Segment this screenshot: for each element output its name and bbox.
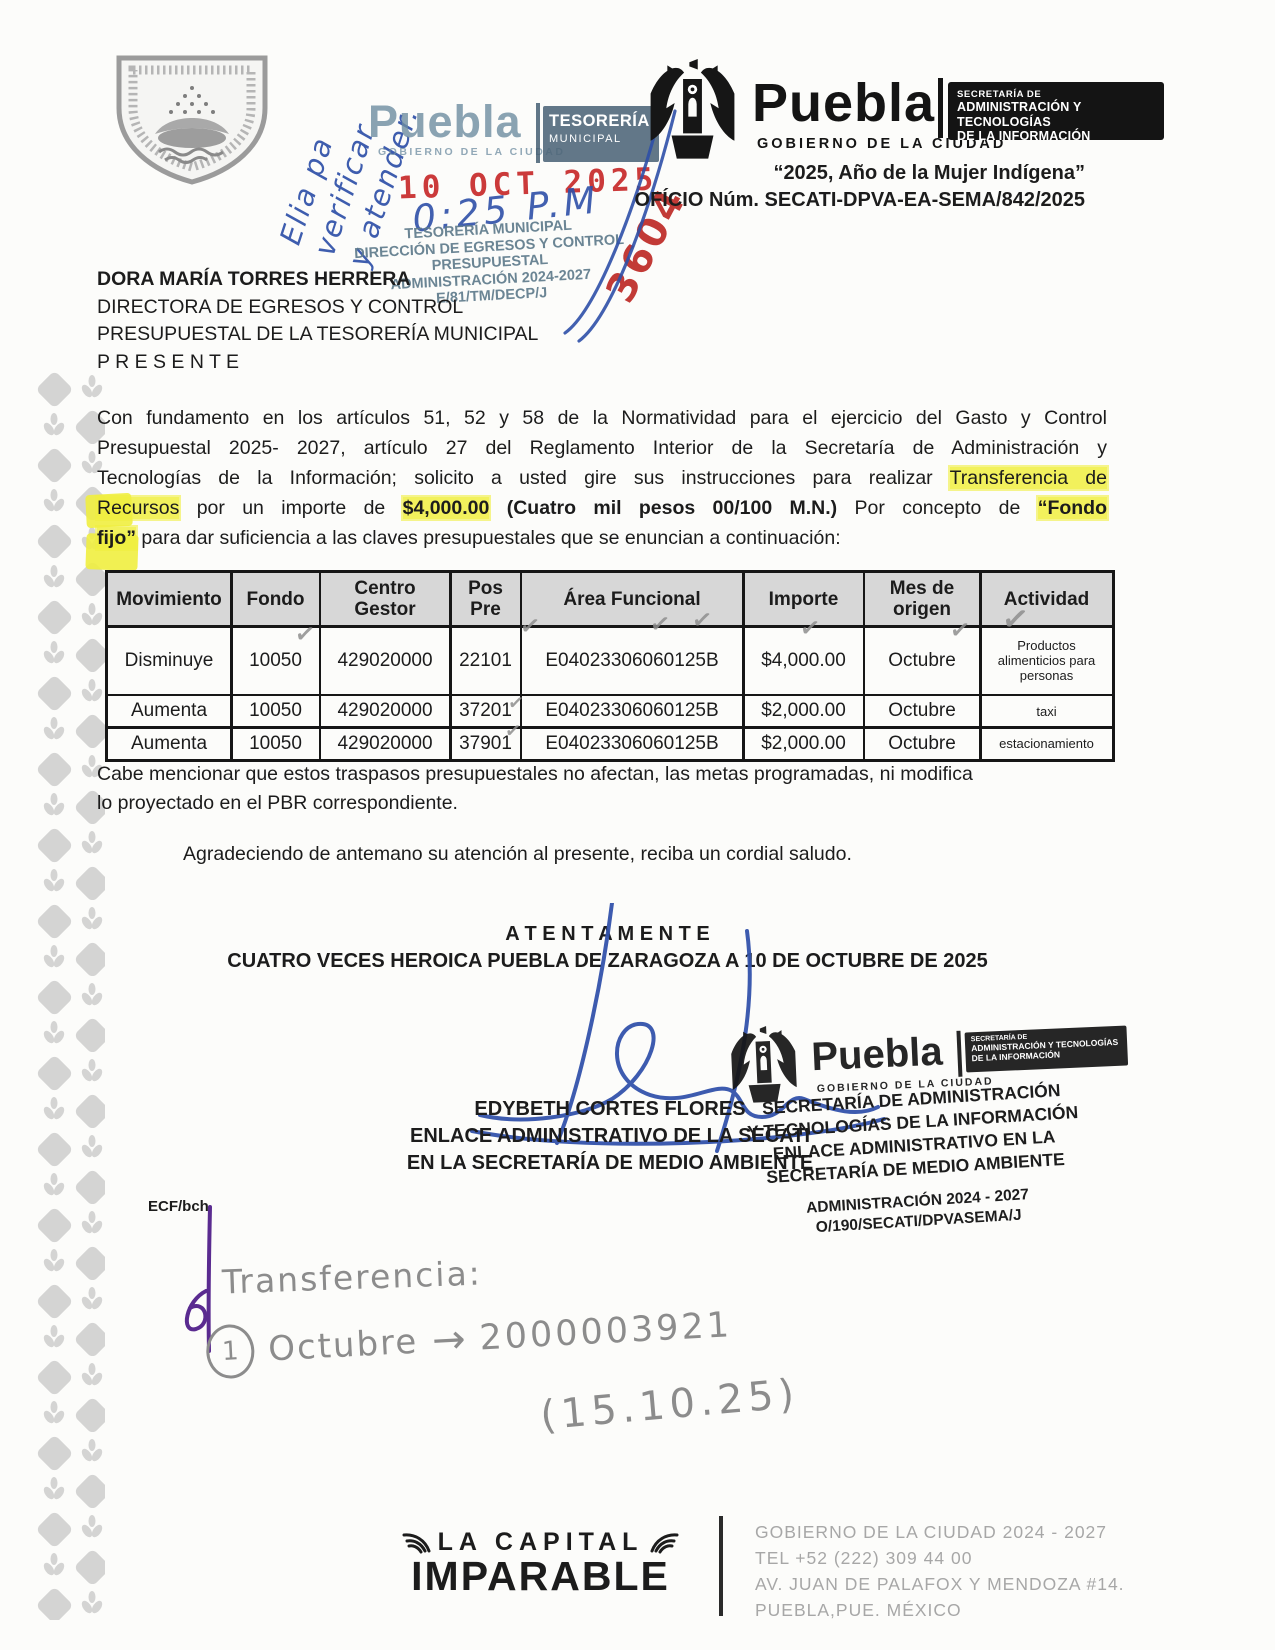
pencil-date-note: (15.10.25) <box>538 1371 800 1439</box>
table-cell: E04023306060125B <box>522 729 742 759</box>
wing-icon <box>649 1532 679 1554</box>
table-cell: Disminuye <box>108 628 230 694</box>
pencil-month: Octubre <box>267 1322 419 1370</box>
year-motto: “2025, Año de la Mujer Indígena” <box>430 160 1085 187</box>
pencil-checkmark: ✓ <box>999 598 1031 639</box>
badge-line: ADMINISTRACIÓN Y TECNOLOGÍAS <box>957 100 1155 129</box>
puebla-city-crest-icon <box>103 50 281 190</box>
table-cell: E04023306060125B <box>522 628 742 694</box>
wing-icon <box>402 1532 432 1554</box>
secretaria-badge: SECRETARÍA DE ADMINISTRACIÓN Y TECNOLOGÍ… <box>948 82 1164 140</box>
pencil-checkmark: ✓ <box>690 605 714 637</box>
oficio-number: OFÍCIO Núm. SECATI-DPVA-EA-SEMA/842/2025 <box>430 187 1085 214</box>
pencil-circled-number: 1 <box>205 1323 256 1379</box>
tesoreria-stamp-divider <box>536 103 540 163</box>
column-header: Fondo <box>233 573 319 625</box>
table-cell: Aumenta <box>108 729 230 759</box>
pencil-checkmark: ✓ <box>948 615 972 647</box>
admin-stamp-text: SECRETARÍA DE ADMINISTRACIÓN Y TECNOLOGÍ… <box>696 1075 1134 1245</box>
column-header: Centro Gestor <box>321 573 449 625</box>
slogan-bottom: IMPARABLE <box>398 1553 683 1600</box>
body-line: fijo” para dar suficiencia a las claves … <box>97 523 1107 553</box>
footer-line: PUEBLA,PUE. MÉXICO <box>755 1597 1125 1623</box>
recipient-title: PRESUPUESTAL DE LA TESORERÍA MUNICIPAL <box>97 321 538 349</box>
table-cell: 10050 <box>233 696 319 726</box>
stamp-badge: SECRETARÍA DE ADMINISTRACIÓN Y TECNOLOGÍ… <box>965 1025 1129 1072</box>
pencil-note-transferencia: Transferencia: <box>221 1253 482 1301</box>
body-line: Presupuestal 2025- 2027, artículo 27 del… <box>97 433 1107 463</box>
note-line: lo proyectado en el PBR correspondiente. <box>97 789 1109 818</box>
pencil-checkmark: ✓ <box>293 619 317 651</box>
budget-transfer-table: Movimiento Fondo Centro Gestor Pos Pre Á… <box>105 570 1115 762</box>
la-capital-imparable-logo: LA CAPITAL IMPARABLE <box>398 1528 683 1600</box>
table-cell: 22101 <box>452 628 520 694</box>
pencil-note-folio: 1 Octubre → 2000003921 <box>205 1298 733 1379</box>
recipient-name: DORA MARÍA TORRES HERRERA <box>97 266 538 294</box>
table-cell: Aumenta <box>108 696 230 726</box>
reference-lines: “2025, Año de la Mujer Indígena” OFÍCIO … <box>430 160 1085 214</box>
recipient-block: DORA MARÍA TORRES HERRERA DIRECTORA DE E… <box>97 266 538 376</box>
table-cell: Octubre <box>865 696 979 726</box>
note-line: Cabe mencionar que estos traspasos presu… <box>97 760 1109 789</box>
farewell-line: Agradeciendo de antemano su atención al … <box>183 843 852 866</box>
pencil-checkmark: ✓ <box>798 613 822 645</box>
body-line: Recursos por un importe de $4,000.00 (Cu… <box>97 493 1107 523</box>
recipient-title: DIRECTORA DE EGRESOS Y CONTROL <box>97 294 538 322</box>
arrow-icon: → <box>431 1316 467 1364</box>
badge-line: SECRETARÍA DE <box>957 89 1155 100</box>
footer-divider <box>719 1516 723 1616</box>
body-line: Tecnologías de la Información; solicito … <box>97 463 1107 493</box>
puebla-emblem-icon <box>640 58 745 168</box>
body-paragraph: Con fundamento en los artículos 51, 52 y… <box>97 403 1107 553</box>
recipient-present: P R E S E N T E <box>97 349 538 377</box>
table-cell: 429020000 <box>321 628 449 694</box>
stamp-divider <box>956 1031 962 1077</box>
scanned-oficio-document: Elia pa verificar y atender. Puebla GOBI… <box>0 0 1275 1650</box>
stamp-wordmark: Puebla <box>811 1030 944 1081</box>
table-cell: Octubre <box>865 729 979 759</box>
tesoreria-stamp-wordmark: Puebla <box>368 96 522 148</box>
badge-line: DE LA INFORMACIÓN <box>957 129 1155 144</box>
table-cell: $2,000.00 <box>745 729 863 759</box>
table-cell: E04023306060125B <box>522 696 742 726</box>
pencil-checkmark: ✓ <box>503 719 522 744</box>
pencil-checkmark: ✓ <box>518 611 542 643</box>
column-header: Pos Pre <box>452 573 520 625</box>
table-cell: 429020000 <box>321 696 449 726</box>
body-line: Con fundamento en los artículos 51, 52 y… <box>97 403 1107 433</box>
table-cell: $2,000.00 <box>745 696 863 726</box>
table-cell: Productos alimenticios para personas <box>982 628 1112 694</box>
pencil-checkmark: ✓ <box>648 609 672 641</box>
table-cell: estacionamiento <box>982 729 1112 759</box>
table-cell: 429020000 <box>321 729 449 759</box>
footer-line: TEL +52 (222) 309 44 00 <box>755 1545 1125 1571</box>
footer-line: AV. JUAN DE PALAFOX Y MENDOZA #14. <box>755 1571 1125 1597</box>
table-cell: 10050 <box>233 729 319 759</box>
footer-line: GOBIERNO DE LA CIUDAD 2024 - 2027 <box>755 1519 1125 1545</box>
pencil-transfer-number: 2000003921 <box>479 1305 733 1358</box>
pencil-checkmark: ✓ <box>506 691 525 716</box>
brand-divider <box>938 78 943 138</box>
column-header: Movimiento <box>108 573 230 625</box>
puebla-wordmark: Puebla <box>752 72 935 134</box>
note-paragraph: Cabe mencionar que estos traspasos presu… <box>97 760 1109 818</box>
footer-contact-info: GOBIERNO DE LA CIUDAD 2024 - 2027 TEL +5… <box>755 1519 1125 1623</box>
table-cell: taxi <box>982 696 1112 726</box>
